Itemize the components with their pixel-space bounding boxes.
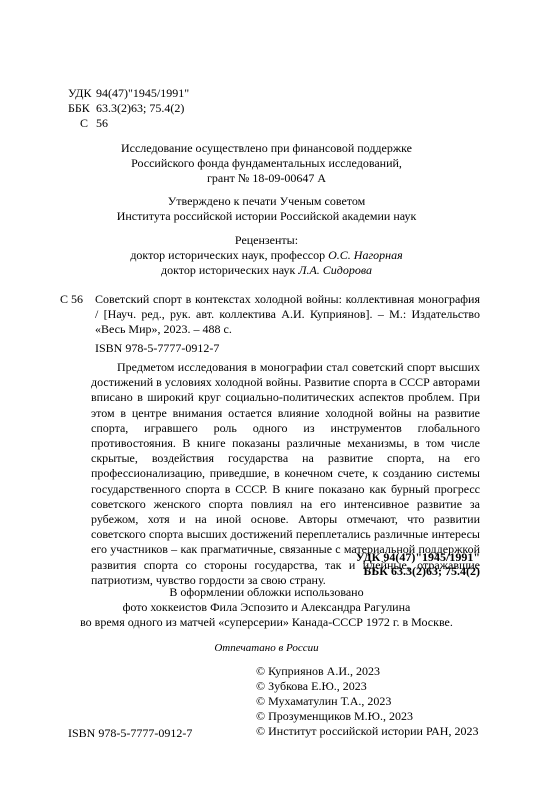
copyright-item: © Мухаматулин Т.А., 2023 xyxy=(256,694,478,709)
udk-repeat: УДК 94(47)"1945/1991" xyxy=(300,550,480,564)
reviewer-name: Л.А. Сидорова xyxy=(298,263,372,277)
copyright-item: © Зубкова Е.Ю., 2023 xyxy=(256,679,478,694)
reviewer-degree: доктор исторических наук, профессор xyxy=(130,248,328,262)
approval-line: Утверждено к печати Ученым советом xyxy=(60,194,473,209)
funding-note: Исследование осуществлено при финансовой… xyxy=(60,141,473,186)
funding-line: Исследование осуществлено при финансовой… xyxy=(60,141,473,156)
approval-line: Института российской истории Российской … xyxy=(60,209,473,224)
reviewers-title: Рецензенты: xyxy=(60,233,473,248)
reviewer-name: О.С. Нагорная xyxy=(328,248,403,262)
bbk-value: 63.3(2)63; 75.4(2) xyxy=(96,101,184,115)
udk-row: УДК94(47)"1945/1991" xyxy=(68,86,189,101)
isbn: ISBN 978-5-7777-0912-7 xyxy=(95,341,480,356)
isbn-bottom: ISBN 978-5-7777-0912-7 xyxy=(68,726,192,741)
reviewer-item: доктор исторических наук Л.А. Сидорова xyxy=(60,263,473,278)
author-mark-label: С xyxy=(68,116,88,131)
approval-note: Утверждено к печати Ученым советом Инсти… xyxy=(60,194,473,224)
cover-line: во время одного из матчей «суперсерии» К… xyxy=(60,615,473,630)
reviewer-degree: доктор исторических наук xyxy=(161,263,298,277)
udk-value: 94(47)"1945/1991" xyxy=(96,86,189,100)
reviewer-item: доктор исторических наук, профессор О.С.… xyxy=(60,248,473,263)
bibliographic-record: С 56 Советский спорт в контекстах холодн… xyxy=(60,292,480,356)
author-mark-row: С56 xyxy=(68,116,189,131)
author-mark-code: С 56 xyxy=(60,292,94,307)
author-mark-value: 56 xyxy=(96,116,108,130)
copyright-item: © Куприянов А.И., 2023 xyxy=(256,664,478,679)
cover-line: В оформлении обложки использовано xyxy=(60,585,473,600)
udk-label: УДК xyxy=(68,86,96,101)
copyright-list: © Куприянов А.И., 2023 © Зубкова Е.Ю., 2… xyxy=(256,664,478,739)
bibliographic-description: Советский спорт в контекстах холодной во… xyxy=(95,292,480,337)
classification-codes: УДК94(47)"1945/1991" ББК63.3(2)63; 75.4(… xyxy=(68,86,189,131)
classification-codes-repeat: УДК 94(47)"1945/1991" ББК 63.3(2)63; 75.… xyxy=(300,550,480,578)
funding-line: грант № 18-09-00647 А xyxy=(60,171,473,186)
reviewers-block: Рецензенты: доктор исторических наук, пр… xyxy=(60,233,473,278)
bbk-repeat: ББК 63.3(2)63; 75.4(2) xyxy=(300,564,480,578)
copyright-item: © Институт российской истории РАН, 2023 xyxy=(256,724,478,739)
bbk-row: ББК63.3(2)63; 75.4(2) xyxy=(68,101,189,116)
funding-line: Российского фонда фундаментальных исслед… xyxy=(60,156,473,171)
bbk-label: ББК xyxy=(68,101,96,116)
copyright-item: © Прозуменщиков М.Ю., 2023 xyxy=(256,709,478,724)
cover-note: В оформлении обложки использовано фото х… xyxy=(60,585,473,630)
cover-line: фото хоккеистов Фила Эспозито и Александ… xyxy=(60,600,473,615)
printed-in-russia: Отпечатано в России xyxy=(60,641,473,656)
